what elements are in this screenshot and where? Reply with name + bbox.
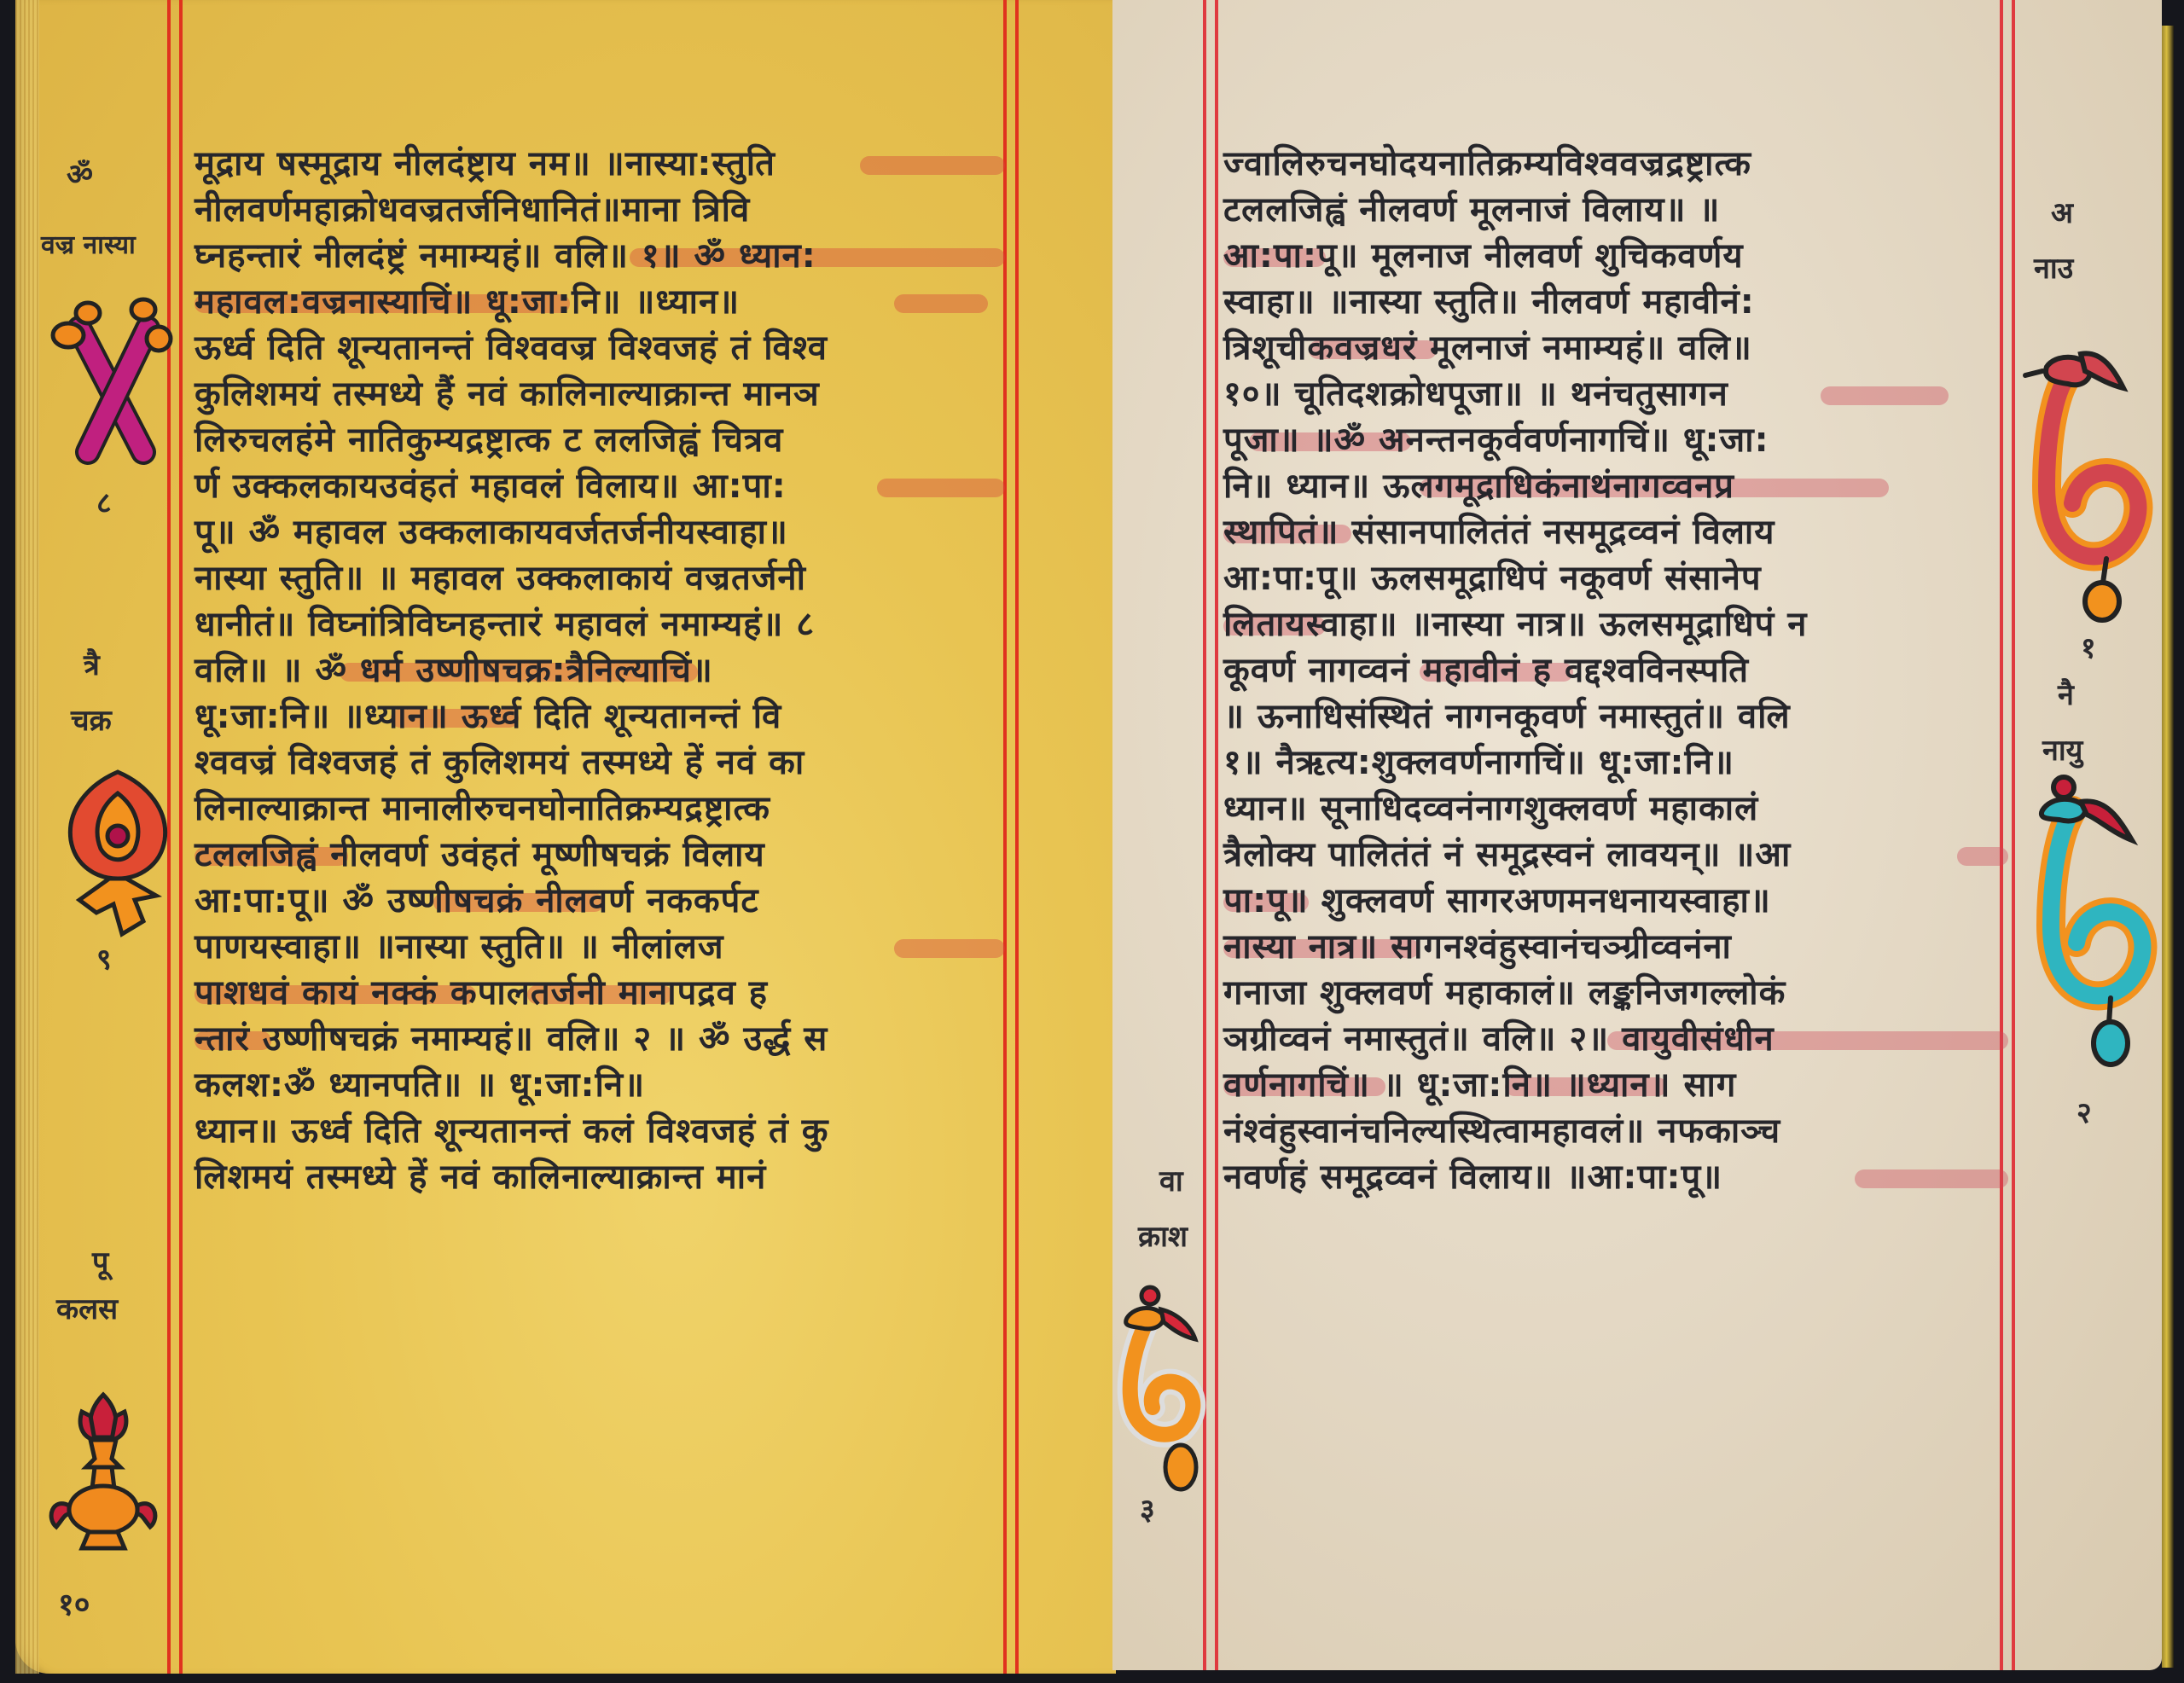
right-text-line-7: पूजा॥ ॥ॐ अनन्तनकूर्ववर्णनागचिं॥ धू:जा: bbox=[1223, 417, 1769, 463]
left-text-line-22: ध्यान॥ ऊर्ध्व दिति शून्यतानन्तं कलं विश्… bbox=[195, 1108, 828, 1154]
left-margin-numeral-8: ८ bbox=[96, 482, 112, 521]
left-text-line-7: लिरुचलहंमे नातिकुम्यद्रष्ट्रात्क ट ललजिह… bbox=[195, 417, 783, 463]
right-text-line-19: गनाजा शुक्लवर्ण महाकालं॥ लङ्कनिजगल्लोकं bbox=[1223, 970, 1786, 1016]
left-text-line-23: लिशमयं तस्मध्ये हें नवं कालिनाल्याक्रान्… bbox=[195, 1154, 766, 1200]
left-text-line-15: लिनाल्याक्रान्त मानालीरुचनघोनातिक्रम्यद्… bbox=[195, 786, 770, 832]
blue-naga-serpent-icon bbox=[2025, 772, 2162, 1079]
left-text-line-3: घ्नहन्तारं नीलदंष्ट्रं नमाम्यहं॥ वलि॥ १॥… bbox=[195, 233, 816, 279]
left-text-line-14: श्ववज्रं विश्वजहं तं कुलिशमयं तस्मध्ये ह… bbox=[195, 740, 804, 786]
left-page-margin-rule-inner bbox=[179, 0, 183, 1674]
right-text-line-8: नि॥ ध्यान॥ ऊलगमूद्राधिकंनाथंनागव्वनप्र bbox=[1223, 463, 1734, 509]
right-text-line-12: कूवर्ण नागव्वनं महावीनं ह वद्दश्वविनस्पत… bbox=[1223, 647, 1749, 694]
right-margin-numeral-2: २ bbox=[2077, 1092, 2092, 1131]
left-text-line-17: आ:पा:पू॥ ॐ उष्णीषचक्रं नीलवर्ण नककर्पट bbox=[195, 878, 759, 924]
left-page-gutter-rule-outer bbox=[1015, 0, 1019, 1674]
right-text-line-21: वर्णनागचिं॥ ॥ धू:जा:नि॥ ॥ध्यान॥ साग bbox=[1223, 1062, 1736, 1108]
right-text-line-16: त्रैलोक्य पालितंतं नं समूद्रस्वनं लावयन्… bbox=[1223, 832, 1791, 878]
right-text-line-11: लितायस्वाहा॥ ॥नास्या नात्र॥ ऊलसमूद्राधिप… bbox=[1223, 601, 1807, 647]
right-margin-caption-nau: नाउ bbox=[2034, 247, 2073, 287]
left-text-line-5: ऊर्ध्व दिति शून्यतानन्तं विश्ववज्र विश्व… bbox=[195, 325, 828, 371]
left-page-text-block: मूद्राय षस्मूद्राय नीलदंष्ट्राय नम॥ ॥नास… bbox=[195, 141, 1003, 1420]
left-text-line-13: धू:जा:नि॥ ॥ध्यान॥ ऊर्ध्व दिति शून्यतानन्… bbox=[195, 694, 781, 740]
right-page-left-margin-caption-va: वा bbox=[1159, 1160, 1183, 1199]
orange-naga-serpent-icon bbox=[1114, 1284, 1208, 1506]
right-folio-page: अ नाउ १ नै नायु २ वा क्राश bbox=[1112, 0, 2162, 1670]
left-text-line-10: नास्या स्तुति॥ ॥ महावल उक्कलाकायं वज्रतर… bbox=[195, 555, 806, 601]
right-text-line-15: ध्यान॥ सूनाधिदव्वनंनागशुक्लवर्ण महाकालं bbox=[1223, 786, 1758, 832]
left-text-line-20: न्तारं उष्णीषचक्रं नमाम्यहं॥ वलि॥ २ ॥ ॐ … bbox=[195, 1016, 828, 1062]
left-text-line-8: र्ण उक्कलकायउवंहतं महावलं विलाय॥ आ:पा: bbox=[195, 463, 787, 509]
left-margin-om: ॐ bbox=[67, 154, 93, 193]
left-margin-caption-chakra: चक्र bbox=[71, 699, 112, 739]
right-text-line-9: स्थापितं॥ संसानपालितंतं नसमूद्रव्वनं विल… bbox=[1223, 509, 1775, 555]
right-page-margin-rule-inner bbox=[2000, 0, 2003, 1670]
left-folio-number: १० bbox=[58, 1582, 90, 1624]
left-page-gutter-rule-inner bbox=[1003, 0, 1007, 1674]
left-margin-caption-kalasha: कलस bbox=[56, 1288, 118, 1327]
right-margin-caption-nai: नै bbox=[2058, 674, 2074, 713]
right-text-line-3: आ:पा:पू॥ मूलनाज नीलवर्ण शुचिकवर्णय bbox=[1223, 233, 1744, 279]
right-page-left-margin-numeral-3: ३ bbox=[1140, 1489, 1155, 1528]
right-text-line-22: नंश्वंहुस्वानंचनिल्यस्थित्वामहावलं॥ नफका… bbox=[1223, 1108, 1780, 1154]
right-margin-caption-a: अ bbox=[2051, 192, 2073, 231]
right-text-line-4: स्वाहा॥ ॥नास्या स्तुति॥ नीलवर्ण महावीनं: bbox=[1223, 279, 1755, 325]
right-text-line-6: १०॥ चूतिदशक्रोधपूजा॥ ॥ थनंचतुसागन bbox=[1223, 371, 1728, 417]
right-text-line-2: टललजिह्वं नीलवर्ण मूलनाजं विलाय॥ ॥ bbox=[1223, 187, 1720, 233]
kalasha-vase-icon bbox=[39, 1390, 167, 1552]
left-text-line-18: पाणयस्वाहा॥ ॥नास्या स्तुति॥ ॥ नीलांलज bbox=[195, 924, 724, 970]
red-naga-serpent-icon bbox=[2021, 341, 2158, 631]
right-text-line-23: नवर्णहं समूद्रव्वनं विलाय॥ ॥आ:पा:पू॥ bbox=[1223, 1154, 1722, 1200]
book-right-edge bbox=[2162, 26, 2174, 1668]
right-page-left-margin-caption-krash: क्राश bbox=[1138, 1216, 1188, 1255]
left-margin-caption-vajra: वज्र नास्या bbox=[41, 226, 136, 261]
right-margin-caption-nayu: नायु bbox=[2042, 729, 2082, 769]
right-text-line-13: ॥ ऊनाधिसंस्थितं नागनकूवर्ण नमास्तुतं॥ वल… bbox=[1223, 694, 1791, 740]
left-text-line-6: कुलिशमयं तस्मध्ये हैं नवं कालिनाल्याक्रा… bbox=[195, 371, 820, 417]
left-text-line-1: मूद्राय षस्मूद्राय नीलदंष्ट्राय नम॥ ॥नास… bbox=[195, 141, 775, 187]
right-text-line-17: पा:पू॥ शुक्लवर्ण सागरअणमनधनायस्वाहा॥ bbox=[1223, 878, 1771, 924]
left-text-line-21: कलश:ॐ ध्यानपति॥ ॥ धू:जा:नि॥ bbox=[195, 1062, 645, 1108]
left-margin-caption-pu: पू bbox=[92, 1241, 108, 1280]
right-text-line-5: त्रिशूचीकवज्रधरं मूलनाजं नमाम्यहं॥ वलि॥ bbox=[1223, 325, 1752, 371]
left-text-line-2: नीलवर्णमहाक्रोधवज्रतर्जनिधानितं॥माना त्र… bbox=[195, 187, 750, 233]
right-page-gutter-rule-inner bbox=[1215, 0, 1218, 1670]
left-text-line-9: पू॥ ॐ महावल उक्कलाकायवर्जतर्जनीयस्वाहा॥ bbox=[195, 509, 788, 555]
right-text-line-18: नास्या नात्र॥ सागनश्वंहुस्वानंचञ्ग्रीव्व… bbox=[1223, 924, 1732, 970]
left-text-line-11: धानीतं॥ विघ्नांत्रिविघ्नहन्तारं महावलं न… bbox=[195, 601, 815, 647]
left-text-line-19: पाशधवं कायं नक्कं कपालतर्जनी मानापद्रव ह bbox=[195, 970, 768, 1016]
right-margin-numeral-1: १ bbox=[2081, 627, 2096, 666]
left-margin-numeral-9: ९ bbox=[96, 938, 112, 978]
right-text-line-10: आ:पा:पू॥ ऊलसमूद्राधिपं नकूवर्ण संसानेप bbox=[1223, 555, 1762, 601]
left-folio-page: ॐ वज्र नास्या ८ त्रै चक्र ९ पू कलस bbox=[15, 0, 1116, 1674]
right-text-line-14: १॥ नैऋत्य:शुक्लवर्णनागचिं॥ धू:जा:नि॥ bbox=[1223, 740, 1734, 786]
left-text-line-4: महावल:वज्रनास्याचिं॥ धू:जा:नि॥ ॥ध्यान॥ bbox=[195, 279, 740, 325]
left-text-line-12: वलि॥ ॥ ॐ धर्म उष्णीषचक्र:त्रैनिल्याचिं॥ bbox=[195, 647, 713, 694]
right-page-margin-rule-outer bbox=[2012, 0, 2015, 1670]
right-text-line-1: ज्वालिरुचनघोदयनातिक्रम्यविश्ववज्रद्रष्ट्… bbox=[1223, 141, 1751, 187]
right-page-text-block: ज्वालिरुचनघोदयनातिक्रम्यविश्ववज्रद्रष्ट्… bbox=[1223, 141, 2000, 1420]
left-margin-caption-trai: त्रै bbox=[84, 644, 100, 683]
chakra-flower-icon bbox=[62, 768, 173, 938]
left-text-line-16: टललजिह्वं नीलवर्ण उवंहतं मूष्णीषचक्रं वि… bbox=[195, 832, 765, 878]
right-text-line-20: ञग्रीव्वनं नमास्तुतं॥ वलि॥ २॥ वायुवीसंधी… bbox=[1223, 1016, 1774, 1062]
crossed-vajra-arms-icon bbox=[49, 294, 177, 473]
